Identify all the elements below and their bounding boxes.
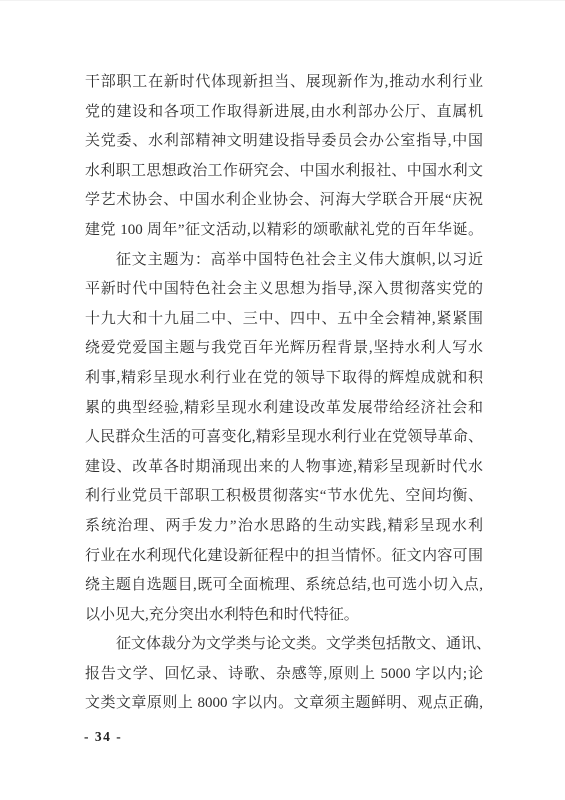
text-line: 征文主题为：高举中国特色社会主义伟大旗帜,以习近 [85,246,483,276]
text-line: 关党委、水利部精神文明建设指导委员会办公室指导,中国 [85,127,483,157]
paragraph: 征文主题为：高举中国特色社会主义伟大旗帜,以习近平新时代中国特色社会主义思想为指… [85,246,483,631]
text-line: 累的典型经验,精彩呈现水利建设改革发展带给经济社会和 [85,394,483,424]
text-line: 以小见大,充分突出水利特色和时代特征。 [85,601,483,631]
page-number: - 34 - [84,729,122,745]
text-line: 利事,精彩呈现水利行业在党的领导下取得的辉煌成就和积 [85,364,483,394]
text-line: 学艺术协会、中国水利企业协会、河海大学联合开展“庆祝 [85,186,483,216]
text-line: 十九大和十九届二中、三中、四中、五中全会精神,紧紧围 [85,305,483,335]
text-line: 平新时代中国特色社会主义思想为指导,深入贯彻落实党的 [85,275,483,305]
text-line: 党的建设和各项工作取得新进展,由水利部办公厅、直属机 [85,98,483,128]
text-line: 报告文学、回忆录、诗歌、杂感等,原则上 5000 字以内;论 [85,660,483,690]
text-line: 水利职工思想政治工作研究会、中国水利报社、中国水利文 [85,157,483,187]
text-line: 绕主题自选题目,既可全面梳理、系统总结,也可选小切入点, [85,571,483,601]
text-line: 建设、改革各时期涌现出来的人物事迹,精彩呈现新时代水 [85,453,483,483]
text-block: 干部职工在新时代体现新担当、展现新作为,推动水利行业党的建设和各项工作取得新进展… [85,68,483,719]
text-line: 建党 100 周年”征文活动,以精彩的颂歌献礼党的百年华诞。 [85,216,483,246]
text-line: 干部职工在新时代体现新担当、展现新作为,推动水利行业 [85,68,483,98]
text-line: 人民群众生活的可喜变化,精彩呈现水利行业在党领导革命、 [85,423,483,453]
text-line: 利行业党员干部职工积极贯彻落实“节水优先、空间均衡、 [85,482,483,512]
text-line: 行业在水利现代化建设新征程中的担当情怀。征文内容可围 [85,542,483,572]
paragraph: 干部职工在新时代体现新担当、展现新作为,推动水利行业党的建设和各项工作取得新进展… [85,68,483,246]
document-page: 干部职工在新时代体现新担当、展现新作为,推动水利行业党的建设和各项工作取得新进展… [0,0,565,800]
paragraph: 征文体裁分为文学类与论文类。文学类包括散文、通讯、报告文学、回忆录、诗歌、杂感等… [85,630,483,719]
text-line: 系统治理、两手发力”治水思路的生动实践,精彩呈现水利 [85,512,483,542]
text-line: 绕爱党爱国主题与我党百年光辉历程背景,坚持水利人写水 [85,334,483,364]
text-line: 征文体裁分为文学类与论文类。文学类包括散文、通讯、 [85,630,483,660]
text-line: 文类文章原则上 8000 字以内。文章须主题鲜明、观点正确, [85,689,483,719]
